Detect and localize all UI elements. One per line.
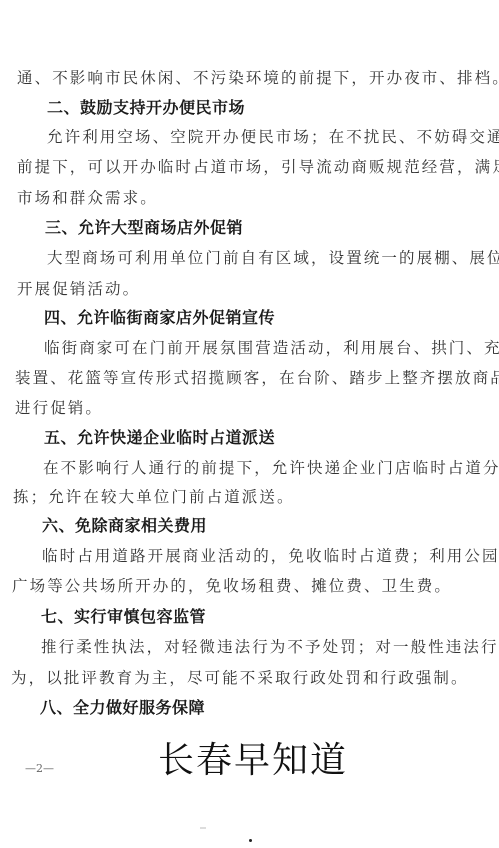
- body-line: 临街商家可在门前开展氛围营造活动，利用展台、拱门、充气: [44, 338, 499, 358]
- body-line: 拣；允许在较大单位门前占道派送。: [13, 487, 499, 507]
- body-line: 装置、花篮等宣传形式招揽顾客，在台阶、踏步上整齐摆放商品: [15, 368, 499, 388]
- scan-artifact: [200, 827, 206, 829]
- watermark-text: 长春早知道: [158, 741, 348, 781]
- body-line: 临时占用道路开展商业活动的，免收临时占道费；利用公园、: [42, 546, 499, 566]
- body-line: 广场等公共场所开办的，免收场租费、摊位费、卫生费。: [12, 576, 499, 596]
- body-line: 前提下，可以开办临时占道市场，引导流动商贩规范经营，满足: [17, 157, 499, 177]
- section-heading-2: 二、鼓励支持开办便民市场: [47, 98, 245, 118]
- section-heading-3: 三、允许大型商场店外促销: [45, 218, 243, 238]
- body-line: 通、不影响市民休闲、不污染环境的前提下，开办夜市、排档。: [17, 68, 499, 88]
- body-line: 在不影响行人通行的前提下，允许快递企业门店临时占道分: [43, 458, 499, 478]
- section-heading-5: 五、允许快递企业临时占道派送: [44, 428, 275, 448]
- body-line: 进行促销。: [15, 398, 499, 418]
- body-line: 为，以批评教育为主，尽可能不采取行政处罚和行政强制。: [11, 668, 499, 688]
- section-heading-4: 四、允许临街商家店外促销宣传: [44, 308, 275, 328]
- body-line: 推行柔性执法，对轻微违法行为不予处罚；对一般性违法行: [41, 637, 499, 657]
- body-line: 市场和群众需求。: [17, 188, 499, 208]
- body-line: 允许利用空场、空院开办便民市场；在不扰民、不妨碍交通的: [47, 127, 499, 147]
- page-number: —2—: [25, 762, 54, 775]
- scan-dot: [249, 839, 252, 842]
- body-line: 开展促销活动。: [17, 279, 499, 299]
- section-heading-6: 六、免除商家相关费用: [42, 516, 207, 536]
- section-heading-7: 七、实行审慎包容监管: [41, 607, 206, 627]
- body-line: 大型商场可利用单位门前自有区域，设置统一的展棚、展位: [47, 248, 499, 268]
- section-heading-8: 八、全力做好服务保障: [40, 698, 205, 718]
